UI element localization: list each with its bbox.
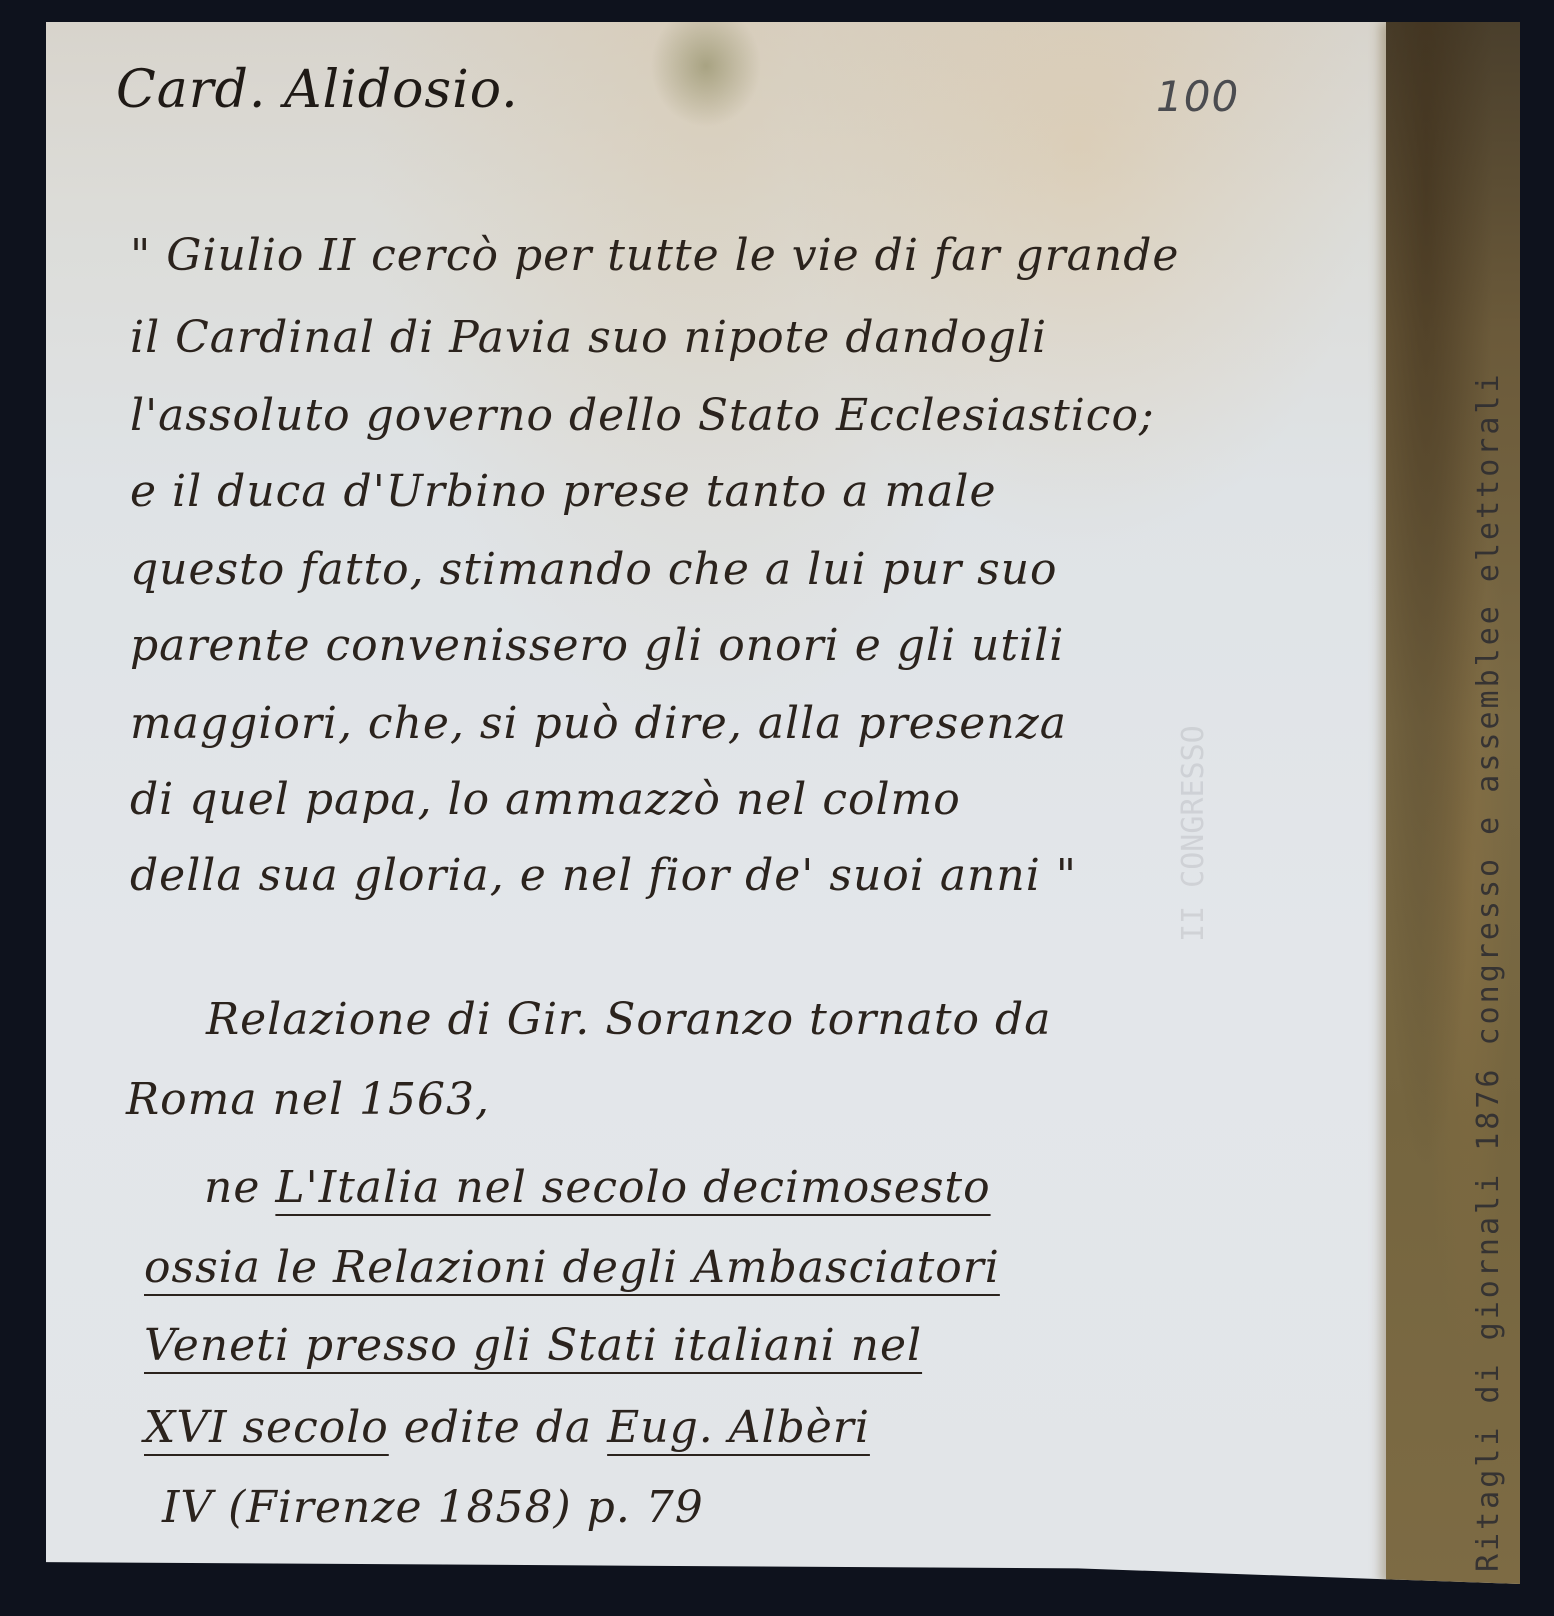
document-sheet: Card. Alidosio. 100 " Giulio II cercò pe… <box>46 22 1520 1584</box>
quote-line: e il duca d'Urbino prese tanto a male <box>130 466 997 517</box>
typed-margin-text: Ritagli di giornali 1876 congresso e ass… <box>1471 302 1506 1572</box>
document-title: Card. Alidosio. <box>116 60 519 120</box>
source-line: Relazione di Gir. Soranzo tornato da <box>206 994 1051 1045</box>
book-title-continued: ossia le Relazioni degli Ambasciatori <box>144 1242 1000 1293</box>
water-stain <box>646 22 766 132</box>
volume-page-reference: IV (Firenze 1858) p. 79 <box>162 1482 704 1533</box>
quote-line: questo fatto, stimando che a lui pur suo <box>130 544 1058 595</box>
edited-by: edite da <box>389 1402 607 1453</box>
quote-line: parente convenissero gli onori e gli uti… <box>130 620 1064 671</box>
quote-line: della sua gloria, e nel fior de' suoi an… <box>130 850 1077 901</box>
quote-line: maggiori, che, si può dire, alla presenz… <box>130 698 1067 749</box>
bleed-through-text: II CONGRESSO <box>1176 442 1211 942</box>
citation-prefix: ne <box>204 1162 275 1213</box>
book-title-end: XVI secolo <box>144 1402 389 1453</box>
source-line: Roma nel 1563, <box>126 1074 490 1125</box>
quote-line: il Cardinal di Pavia suo nipote dandogli <box>130 312 1047 363</box>
book-title: L'Italia nel secolo decimosesto <box>275 1162 990 1213</box>
quote-line: di quel papa, lo ammazzò nel colmo <box>130 774 961 825</box>
quote-line: " Giulio II cercò per tutte le vie di fa… <box>130 230 1179 281</box>
quote-line: l'assoluto governo dello Stato Ecclesias… <box>130 390 1155 441</box>
editor-name: Eug. Albèri <box>607 1402 870 1453</box>
stained-margin-strip: Ritagli di giornali 1876 congresso e ass… <box>1386 22 1520 1584</box>
book-title-continued: Veneti presso gli Stati italiani nel <box>144 1320 922 1371</box>
source-citation-line: ne L'Italia nel secolo decimosesto <box>204 1162 991 1213</box>
source-citation-line: XVI secolo edite da Eug. Albèri <box>144 1402 870 1453</box>
page-number: 100 <box>1156 72 1239 121</box>
